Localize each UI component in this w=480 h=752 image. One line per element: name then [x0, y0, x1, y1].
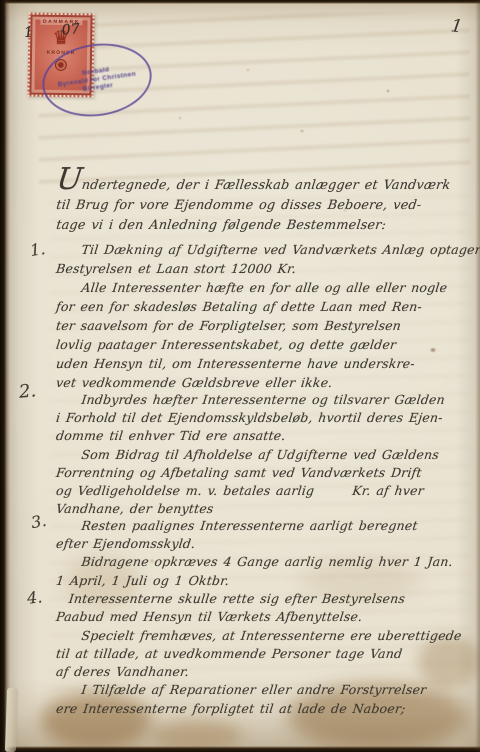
clause-number-3: 3. [29, 511, 47, 532]
page-edge-bottom [0, 746, 480, 752]
handwritten-line: 1 April, 1 Juli og 1 Oktbr. [55, 572, 480, 590]
page-edge-right [475, 0, 480, 752]
clause-number-4: 4. [26, 587, 43, 607]
handwritten-line: og Vedligeholdelse m. v. betales aarlig … [55, 482, 480, 500]
handwritten-line: Interessenterne skulle rette sig efter B… [55, 590, 480, 608]
handwritten-line: ter saavelsom for de Forpligtelser, som … [55, 316, 480, 335]
clause-4-text: Interessenterne skulle rette sig efter B… [55, 590, 479, 718]
handwritten-line: Forrentning og Afbetaling samt ved Vandv… [55, 464, 480, 482]
handwritten-line: Vandhane, der benyttes [55, 500, 480, 518]
handwritten-line: af deres Vandhaner. [55, 663, 480, 681]
handwritten-line: domme til enhver Tid ere ansatte. [55, 427, 480, 445]
clause-number-1: 1. [29, 239, 47, 260]
under-page-sliver [5, 688, 18, 752]
handwritten-line: ere Interessenterne forpligtet til at la… [55, 700, 480, 718]
clause-number-2: 2. [18, 380, 37, 402]
handwritten-line: Alle Interessenter hæfte en for alle og … [55, 278, 480, 297]
handwritten-line: lovlig paatager Interessentskabet, og de… [55, 335, 480, 354]
handwritten-line: til at tillade, at uvedkommende Personer… [55, 645, 480, 663]
opening-paragraph: Undertegnede, der i Fællesskab anlægger … [55, 176, 477, 236]
handwritten-line: Specielt fremhæves, at Interessenterne e… [55, 627, 480, 645]
binding-edge-left [0, 0, 10, 752]
handwritten-line: for een for skadesløs Betaling af dette … [55, 297, 480, 316]
handwritten-line: tage vi i den Anledning følgende Bestemm… [55, 216, 479, 236]
handwritten-line: uden Hensyn til, om Interessenterne have… [55, 354, 480, 373]
page-edge-top [0, 0, 480, 4]
clause-1-text: Til Dækning af Udgifterne ved Vandværket… [55, 240, 479, 392]
clause-3-text: Resten paalignes Interessenterne aarligt… [55, 517, 479, 590]
handwritten-line: Resten paalignes Interessenterne aarligt… [55, 517, 480, 535]
handwritten-line: Indbyrdes hæfter Interessenterne og tils… [55, 391, 480, 409]
handwritten-line: Paabud med Hensyn til Værkets Afbenyttel… [55, 608, 480, 626]
handwritten-line: I Tilfælde af Reparationer eller andre F… [55, 681, 480, 699]
handwritten-line: til Brug for vore Ejendomme og disses Be… [55, 196, 479, 216]
handwritten-line: Til Dækning af Udgifterne ved Vandværket… [55, 240, 480, 259]
handwritten-line: i Forhold til det Ejendomsskyldsbeløb, h… [55, 409, 480, 427]
handwritten-line: vet vedkommende Gældsbreve eller ikke. [55, 373, 480, 392]
handwritten-line: Bestyrelsen et Laan stort 12000 Kr. [55, 259, 480, 278]
handwritten-line: Undertegnede, der i Fællesskab anlægger … [55, 176, 479, 196]
handwritten-line: Som Bidrag til Afholdelse af Udgifterne … [55, 446, 480, 464]
clause-2-text: Indbyrdes hæfter Interessenterne og tils… [55, 391, 479, 518]
handwritten-line: Bidragene opkræves 4 Gange aarlig nemlig… [55, 553, 480, 571]
handwritten-line: efter Ejendomsskyld. [55, 535, 480, 553]
scanned-document-page: DANMARK ♛ KRONER 1 07 NorbaldByrevald fo… [0, 0, 480, 752]
